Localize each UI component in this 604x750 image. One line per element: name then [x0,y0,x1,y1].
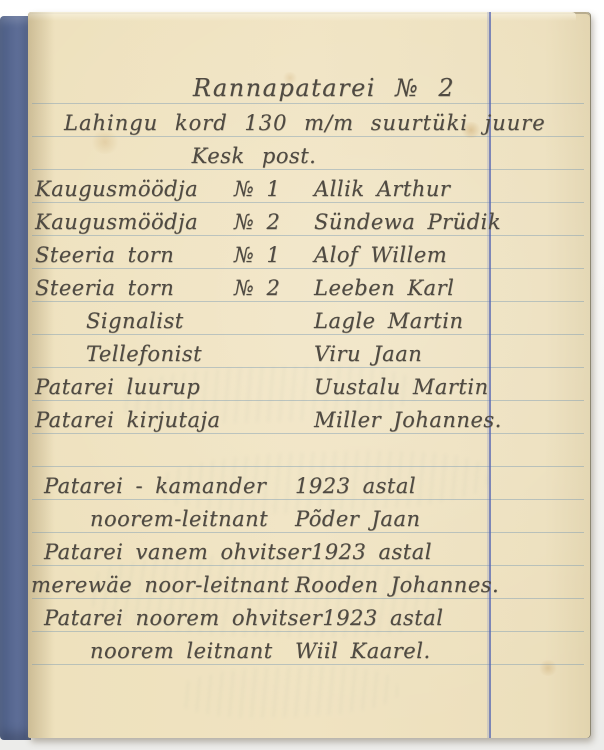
roster-number: № 2 [234,276,314,300]
officer-row: merewäe noor-leitnant Rooden Johannes. [28,566,590,599]
roster-number: № 1 [234,177,314,201]
officer-role: noorem-leitnant [28,507,295,531]
officer-role: merewäe noor-leitnant [28,573,295,597]
roster-row: Steeria torn № 2 Leeben Karl [28,269,590,302]
officer-detail: Rooden Johannes. [295,573,590,597]
blank-line [28,434,590,467]
roster-name: Viru Jaan [314,342,590,366]
roster-role: Steeria torn [28,276,234,300]
roster-row: Steeria torn № 1 Alof Willem [28,236,590,269]
officer-role: Patarei noorem ohvitser [28,606,322,630]
roster-row: Patarei luurup Uustalu Martin [28,368,590,401]
roster-role: Signalist [28,309,234,333]
page-subtitle-row: Lahingu kord 130 m/m suurtüki juure [28,104,590,137]
roster-role: Patarei luurup [28,375,234,399]
officer-role: noorem leitnant [28,639,295,663]
section-heading: Kesk post. [192,144,317,168]
handwritten-content: Rannapatarei № 2 Lahingu kord 130 m/m su… [28,71,590,665]
officer-detail: 1923 astal [295,474,590,498]
notebook-page: Rannapatarei № 2 Lahingu kord 130 m/m su… [28,12,590,738]
officer-detail: 1923 astal [322,606,590,630]
roster-name: Sündewa Prüdik [314,210,590,234]
officer-row: noorem leitnant Wiil Kaarel. [28,632,590,665]
officer-detail: Wiil Kaarel. [295,639,590,663]
roster-name: Uustalu Martin [314,375,590,399]
roster-row: Signalist Lagle Martin [28,302,590,335]
officer-row: Patarei noorem ohvitser 1923 astal [28,599,590,632]
officer-row: noorem-leitnant Põder Jaan [28,500,590,533]
roster-role: Kaugusmöödja [28,177,234,201]
roster-role: Kaugusmöödja [28,210,234,234]
roster-name: Leeben Karl [314,276,590,300]
bleed-through [177,663,399,721]
page-title: Rannapatarei № 2 [193,74,455,102]
roster-role: Tellefonist [28,342,234,366]
roster-name: Miller Johannes. [314,408,590,432]
notebook-cover-edge [0,16,31,740]
roster-number: № 1 [234,243,314,267]
officer-role: Patarei vanem ohvitser [28,540,311,564]
officer-detail: Põder Jaan [295,507,590,531]
roster-role: Patarei kirjutaja [28,408,234,432]
roster-name: Alof Willem [314,243,590,267]
roster-name: Allik Arthur [314,177,590,201]
roster-number: № 2 [234,210,314,234]
roster-row: Kaugusmöödja № 2 Sündewa Prüdik [28,203,590,236]
page-subtitle: Lahingu kord 130 m/m suurtüki juure [64,111,546,135]
officer-role: Patarei - kamander [28,474,295,498]
section-heading-row: Kesk post. [28,137,590,170]
photo-backdrop: Rannapatarei № 2 Lahingu kord 130 m/m su… [0,0,604,750]
roster-row: Patarei kirjutaja Miller Johannes. [28,401,590,434]
roster-row: Tellefonist Viru Jaan [28,335,590,368]
roster-role: Steeria torn [28,243,234,267]
roster-row: Kaugusmöödja № 1 Allik Arthur [28,170,590,203]
page-title-row: Rannapatarei № 2 [28,71,590,104]
officer-row: Patarei - kamander 1923 astal [28,467,590,500]
roster-name: Lagle Martin [314,309,590,333]
officer-detail: 1923 astal [311,540,590,564]
officer-row: Patarei vanem ohvitser 1923 astal [28,533,590,566]
